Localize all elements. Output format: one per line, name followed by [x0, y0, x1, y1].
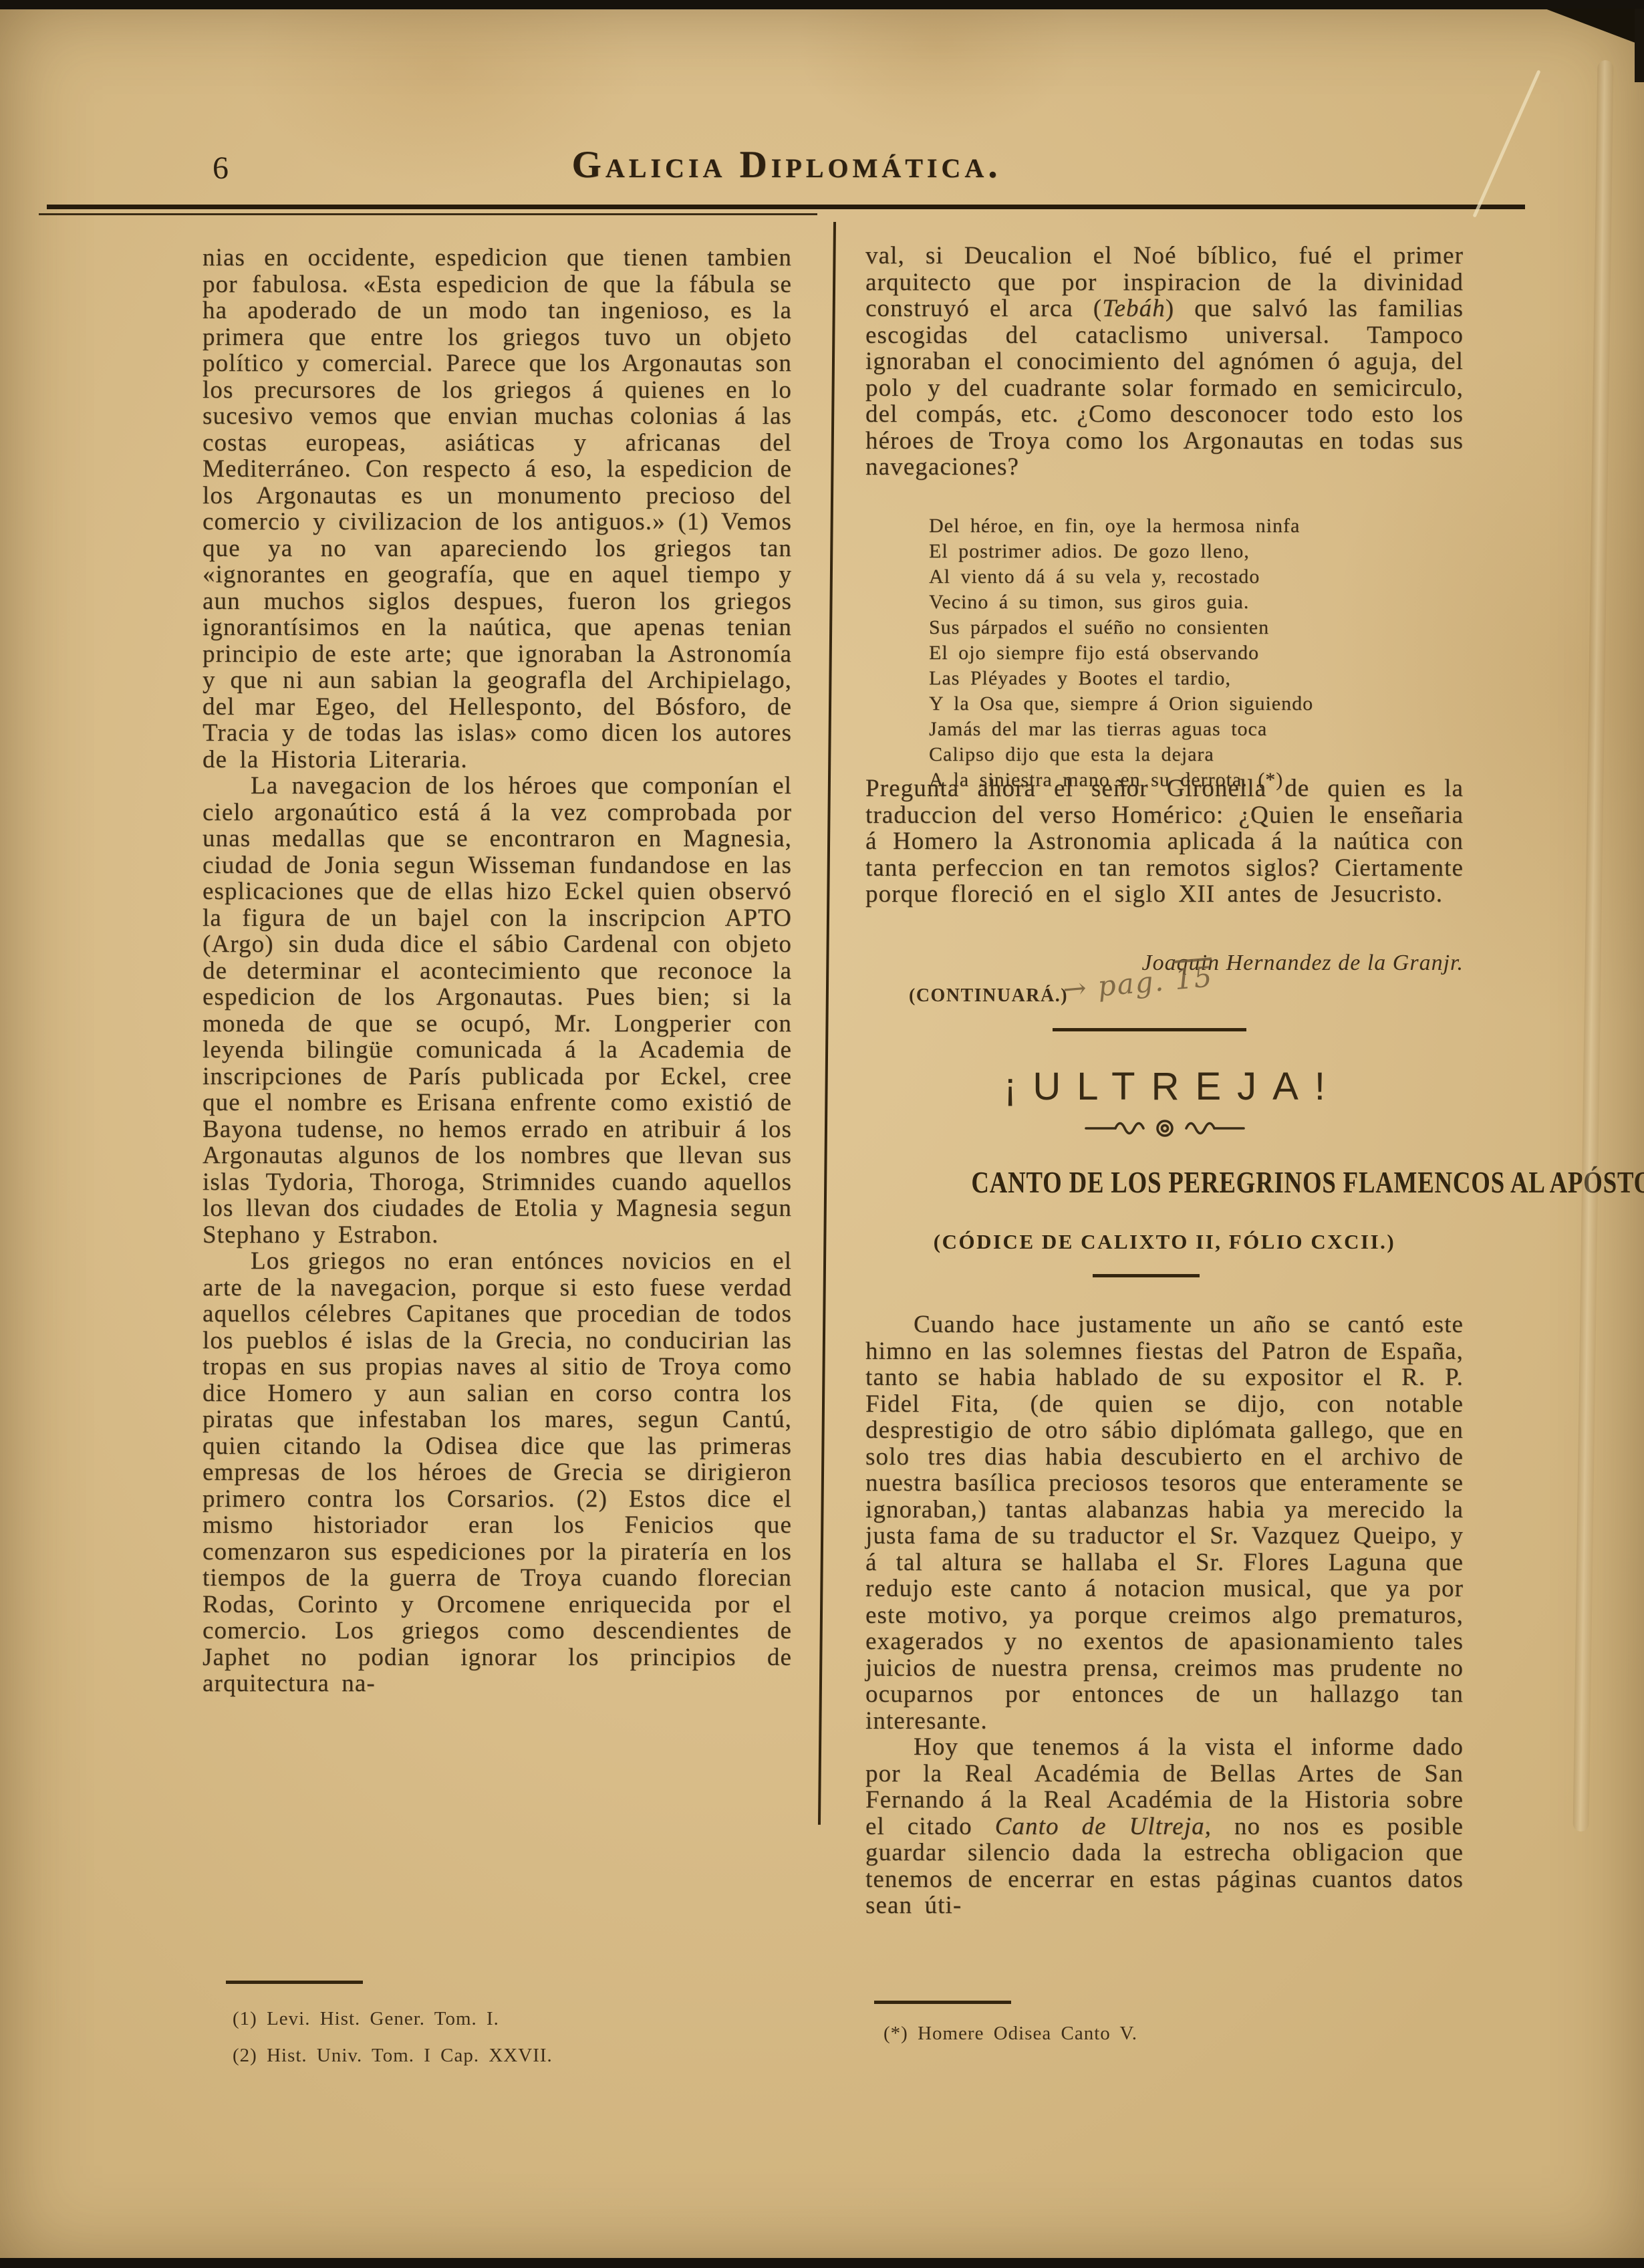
section-subrule [1093, 1274, 1200, 1277]
poem-line: Vecino á su timon, sus giros guia. [929, 590, 1470, 615]
pencil-arrow-icon: → [1061, 971, 1089, 1006]
handwritten-word: pag. [1097, 965, 1166, 1003]
poem-line: Al viento dá á su vela y, recostado [929, 564, 1470, 590]
section-end-rule [1053, 1028, 1246, 1031]
handwritten-number: 15 [1174, 960, 1215, 996]
canto-paragraph-2: Hoy que tenemos á la vista el informe da… [865, 1734, 1464, 1919]
header-rule-secondary [39, 213, 817, 215]
header-rule [47, 205, 1525, 209]
masthead-title: Galicia Diplomática. [539, 143, 1034, 186]
page-number: 6 [213, 150, 229, 186]
poem-line: El postrimer adios. De gozo lleno, [929, 539, 1470, 564]
naval-text-italic: Tebáh [1102, 295, 1166, 322]
poem-line: Sus párpados el suéño no consienten [929, 615, 1470, 640]
pregunta-text: Pregunta ahora el señor Gironella de qui… [865, 775, 1464, 908]
canto-article: Cuando hace justamente un año se cantó e… [865, 1311, 1464, 1919]
canto-paragraph-1: Cuando hace justamente un año se cantó e… [865, 1311, 1464, 1734]
poem-line: Calipso dijo que esta la dejara [929, 742, 1470, 767]
column-divider-rule [818, 222, 836, 1825]
right-paragraph-naval: val, si Deucalion el Noé bíblico, fué el… [865, 243, 1464, 481]
poem-block: Del héroe, en fin, oye la hermosa ninfa … [929, 513, 1470, 793]
footnote-1: (1) Levi. Hist. Gener. Tom. I. [233, 2001, 794, 2037]
left-footnotes: (1) Levi. Hist. Gener. Tom. I. (2) Hist.… [233, 2001, 794, 2074]
right-paragraph-pregunta: Pregunta ahora el señor Gironella de qui… [865, 775, 1464, 908]
right-footnote-rule [874, 2001, 1011, 2004]
scanned-page: 6 Galicia Diplomática. nias en occidente… [0, 0, 1644, 2268]
footnote-2: (2) Hist. Univ. Tom. I Cap. XXVII. [233, 2037, 794, 2074]
poem-line: Las Pléyades y Bootes el tardio, [929, 666, 1470, 691]
left-footnote-rule [226, 1981, 363, 1984]
poem-line: El ojo siempre fijo está observando [929, 640, 1470, 666]
left-paragraph-3: Los griegos no eran entónces novicios en… [202, 1248, 792, 1697]
scratch-mark [1472, 70, 1540, 217]
top-edge-shadow [0, 0, 1644, 9]
ornament-wrap [865, 1115, 1464, 1145]
left-column: nias en occidente, espedicion que tienen… [202, 245, 792, 1697]
poem-line: Del héroe, en fin, oye la hermosa ninfa [929, 513, 1470, 539]
poem-line: Y la Osa que, siempre á Orion siguiendo [929, 691, 1470, 717]
naval-text-after: ) que salvó las familias escogidas del c… [865, 295, 1464, 481]
canto-p2-italic: Canto de Ultreja, [995, 1813, 1212, 1840]
right-paragraph-naval-text: val, si Deucalion el Noé bíblico, fué el… [865, 243, 1464, 481]
paper-crease [1573, 60, 1614, 1832]
left-paragraph-1: nias en occidente, espedicion que tienen… [202, 245, 792, 773]
section-ornament-icon [1085, 1115, 1245, 1142]
right-edge-shadow [1635, 9, 1644, 82]
right-footnote: (*) Homere Odisea Canto V. [883, 2023, 1445, 2045]
left-paragraph-2: La navegacion de los héroes que componía… [202, 773, 792, 1248]
bottom-edge-shadow [0, 2258, 1644, 2268]
poem-line: Jamás del mar las tierras aguas toca [929, 717, 1470, 742]
section-title: ¡ULTREJA! [865, 1064, 1464, 1109]
section-source: (CÓDICE DE CALIXTO II, FÓLIO CXCII.) [865, 1230, 1464, 1254]
section-heading: CANTO DE LOS PEREGRINOS FLAMENCOS AL APÓ… [865, 1164, 1464, 1200]
continuara-label: (CONTINUARÁ.) [909, 985, 1068, 1007]
